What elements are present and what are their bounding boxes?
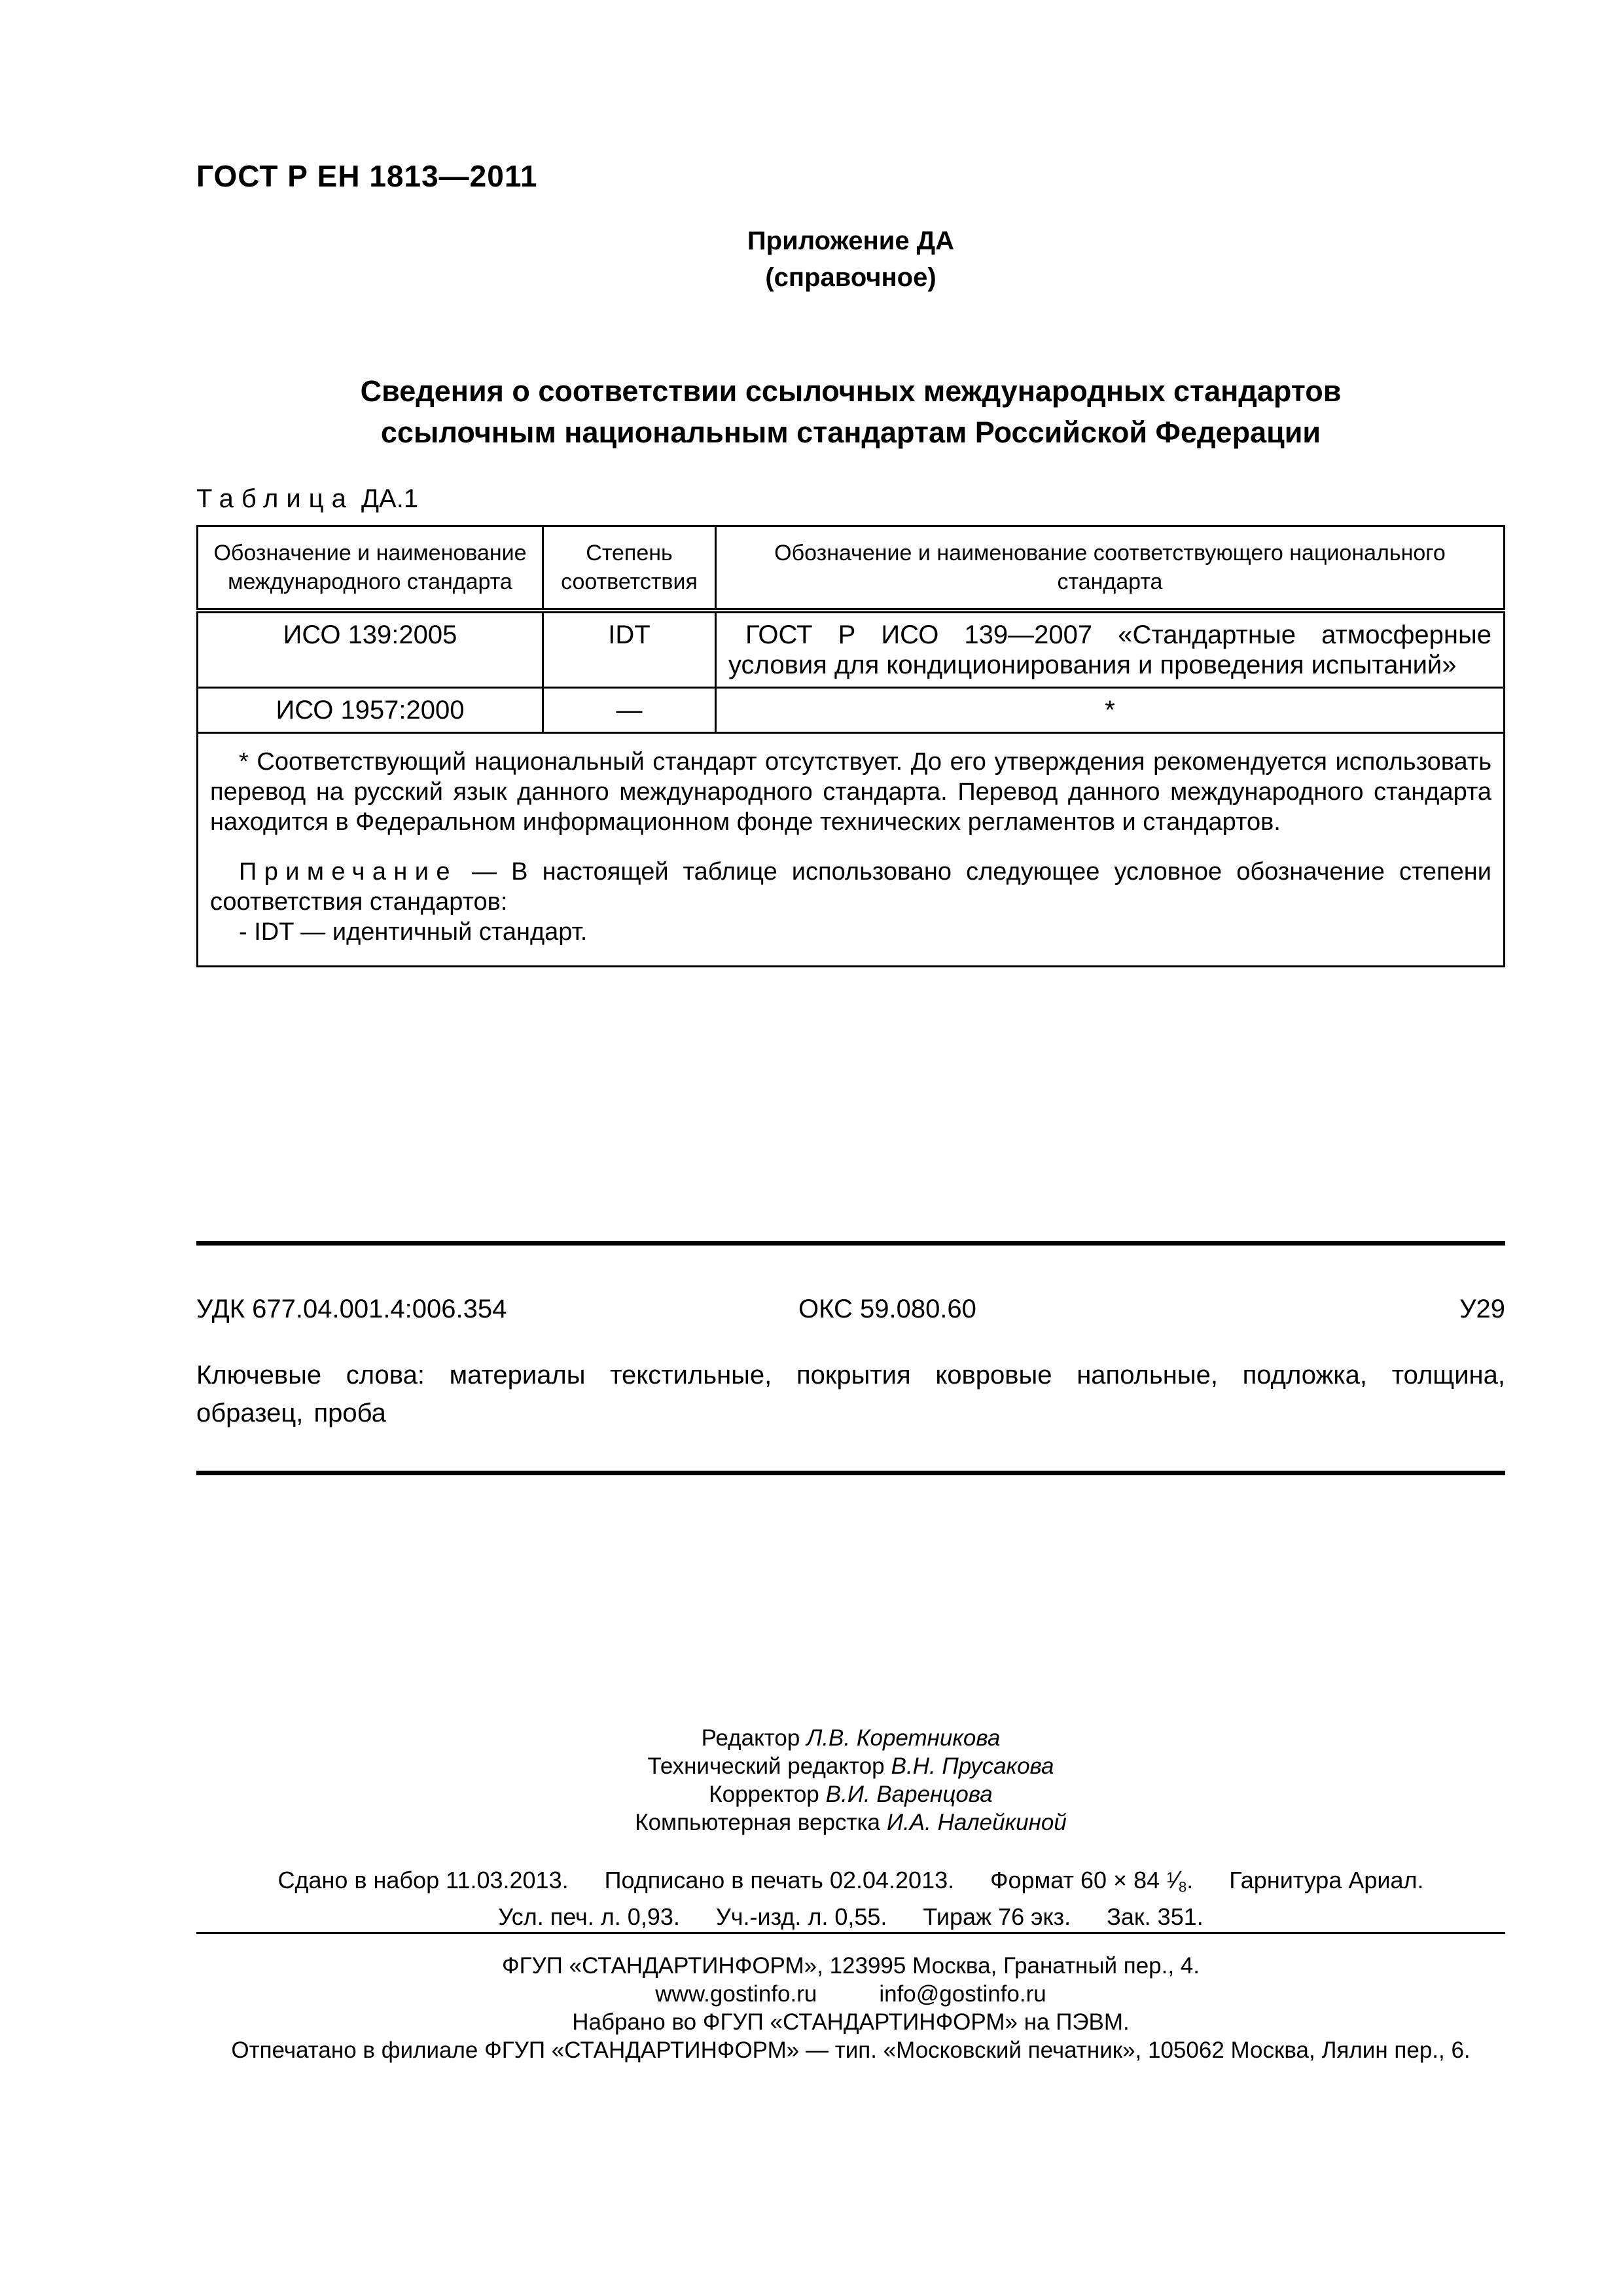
imprint-line-2: Усл. печ. л. 0,93.Уч.-изд. л. 0,55.Тираж… — [196, 1903, 1505, 1931]
udc-letter-code: У29 — [1459, 1295, 1505, 1324]
imprint-print-date: Подписано в печать 02.04.2013. — [605, 1867, 955, 1893]
table-label-number: ДА.1 — [361, 484, 418, 513]
classification-row: УДК 677.04.001.4:006.354 ОКС 59.080.60 У… — [196, 1295, 1505, 1327]
publisher-website: www.gostinfo.ru — [655, 1981, 817, 2007]
credit-line: КорректорВ.И. Варенцова — [196, 1780, 1505, 1808]
appendix-title: Приложение ДА — [196, 223, 1505, 259]
col-header-degree: Степень соответствия — [543, 526, 716, 611]
credit-line: РедакторЛ.В. Коретникова — [196, 1724, 1505, 1752]
imprint-typeface: Гарнитура Ариал. — [1229, 1867, 1423, 1893]
table-footnote: * Соответствующий национальный стандарт … — [210, 747, 1491, 837]
imprint-copies: Тираж 76 экз. — [923, 1903, 1071, 1930]
udk-code: УДК 677.04.001.4:006.354 — [196, 1295, 507, 1324]
imprint-set-date: Сдано в набор 11.03.2013. — [277, 1867, 568, 1893]
credit-name: В.Н. Прусакова — [891, 1753, 1054, 1779]
publisher-printed-at: Отпечатано в филиале ФГУП «СТАНДАРТИНФОР… — [196, 2036, 1505, 2064]
table-header-row: Обозначение и наименование международног… — [198, 526, 1505, 611]
imprint-pub-sheets: Уч.-изд. л. 0,55. — [716, 1903, 887, 1930]
col-header-international-standard: Обозначение и наименование международног… — [198, 526, 543, 611]
publisher-block: ФГУП «СТАНДАРТИНФОРМ», 123995 Москва, Гр… — [196, 1952, 1505, 2064]
table-row: ИСО 1957:2000 — * — [198, 688, 1505, 733]
col-header-national-standard: Обозначение и наименование соответствующ… — [716, 526, 1505, 611]
table-footnote-cell: * Соответствующий национальный стандарт … — [198, 733, 1505, 967]
oks-code: ОКС 59.080.60 — [798, 1295, 976, 1324]
appendix-heading: Приложение ДА (справочное) — [196, 223, 1505, 296]
cell-degree: — — [543, 688, 716, 733]
cell-national-standard: * — [716, 688, 1505, 733]
note-item: - IDT — идентичный стандарт. — [210, 917, 1491, 947]
credit-role: Технический редактор — [647, 1753, 884, 1779]
credits-block: РедакторЛ.В. Коретникова Технический ред… — [196, 1724, 1505, 1837]
table-label-word: Таблица — [196, 484, 354, 513]
imprint-format: Формат 60 × 84 1⁄8. — [990, 1867, 1193, 1893]
imprint-line-1: Сдано в набор 11.03.2013.Подписано в печ… — [196, 1867, 1505, 1896]
correspondence-table: Обозначение и наименование международног… — [196, 525, 1505, 967]
divider-rule-middle — [196, 1471, 1505, 1475]
doc-code: ГОСТ Р ЕН 1813—2011 — [196, 158, 537, 194]
divider-rule-bottom — [196, 1932, 1505, 1934]
table-label: Таблица ДА.1 — [196, 484, 418, 514]
section-title: Сведения о соответствии ссылочных междун… — [196, 370, 1505, 453]
credit-name: И.А. Налейкиной — [887, 1810, 1067, 1835]
table-row: ИСО 139:2005 IDT ГОСТ Р ИСО 139—2007 «Ст… — [198, 611, 1505, 688]
table-note: Примечание — В настоящей таблице использ… — [210, 857, 1491, 917]
imprint-order: Зак. 351. — [1107, 1903, 1204, 1930]
cell-national-standard: ГОСТ Р ИСО 139—2007 «Стандартные атмосфе… — [716, 611, 1505, 688]
keywords: Ключевые слова: материалы текстильные, п… — [196, 1356, 1505, 1432]
credit-role: Компьютерная верстка — [635, 1810, 880, 1835]
note-label: Примечание — [239, 858, 457, 886]
cell-international-standard: ИСО 139:2005 — [198, 611, 543, 688]
publisher-email: info@gostinfo.ru — [879, 1981, 1046, 2007]
credit-role: Корректор — [709, 1782, 819, 1807]
appendix-subtitle: (справочное) — [196, 259, 1505, 296]
table-footnote-row: * Соответствующий национальный стандарт … — [198, 733, 1505, 967]
divider-rule-top — [196, 1241, 1505, 1246]
imprint-cond-sheets: Усл. печ. л. 0,93. — [498, 1903, 680, 1930]
credit-line: Компьютерная версткаИ.А. Налейкиной — [196, 1808, 1505, 1837]
credit-name: В.И. Варенцова — [826, 1782, 993, 1807]
credit-line: Технический редакторВ.Н. Прусакова — [196, 1752, 1505, 1780]
publisher-contacts: www.gostinfo.ruinfo@gostinfo.ru — [196, 1980, 1505, 2008]
credit-role: Редактор — [702, 1725, 800, 1751]
section-title-line2: ссылочным национальным стандартам Россий… — [196, 412, 1505, 453]
format-fraction: 1⁄8 — [1166, 1867, 1186, 1893]
section-title-line1: Сведения о соответствии ссылочных междун… — [196, 370, 1505, 412]
cell-international-standard: ИСО 1957:2000 — [198, 688, 543, 733]
document-page: ГОСТ Р ЕН 1813—2011 Приложение ДА (справ… — [0, 0, 1623, 2296]
cell-degree: IDT — [543, 611, 716, 688]
credit-name: Л.В. Коретникова — [806, 1725, 1000, 1751]
publisher-address: ФГУП «СТАНДАРТИНФОРМ», 123995 Москва, Гр… — [196, 1952, 1505, 1980]
publisher-typeset: Набрано во ФГУП «СТАНДАРТИНФОРМ» на ПЭВМ… — [196, 2008, 1505, 2036]
